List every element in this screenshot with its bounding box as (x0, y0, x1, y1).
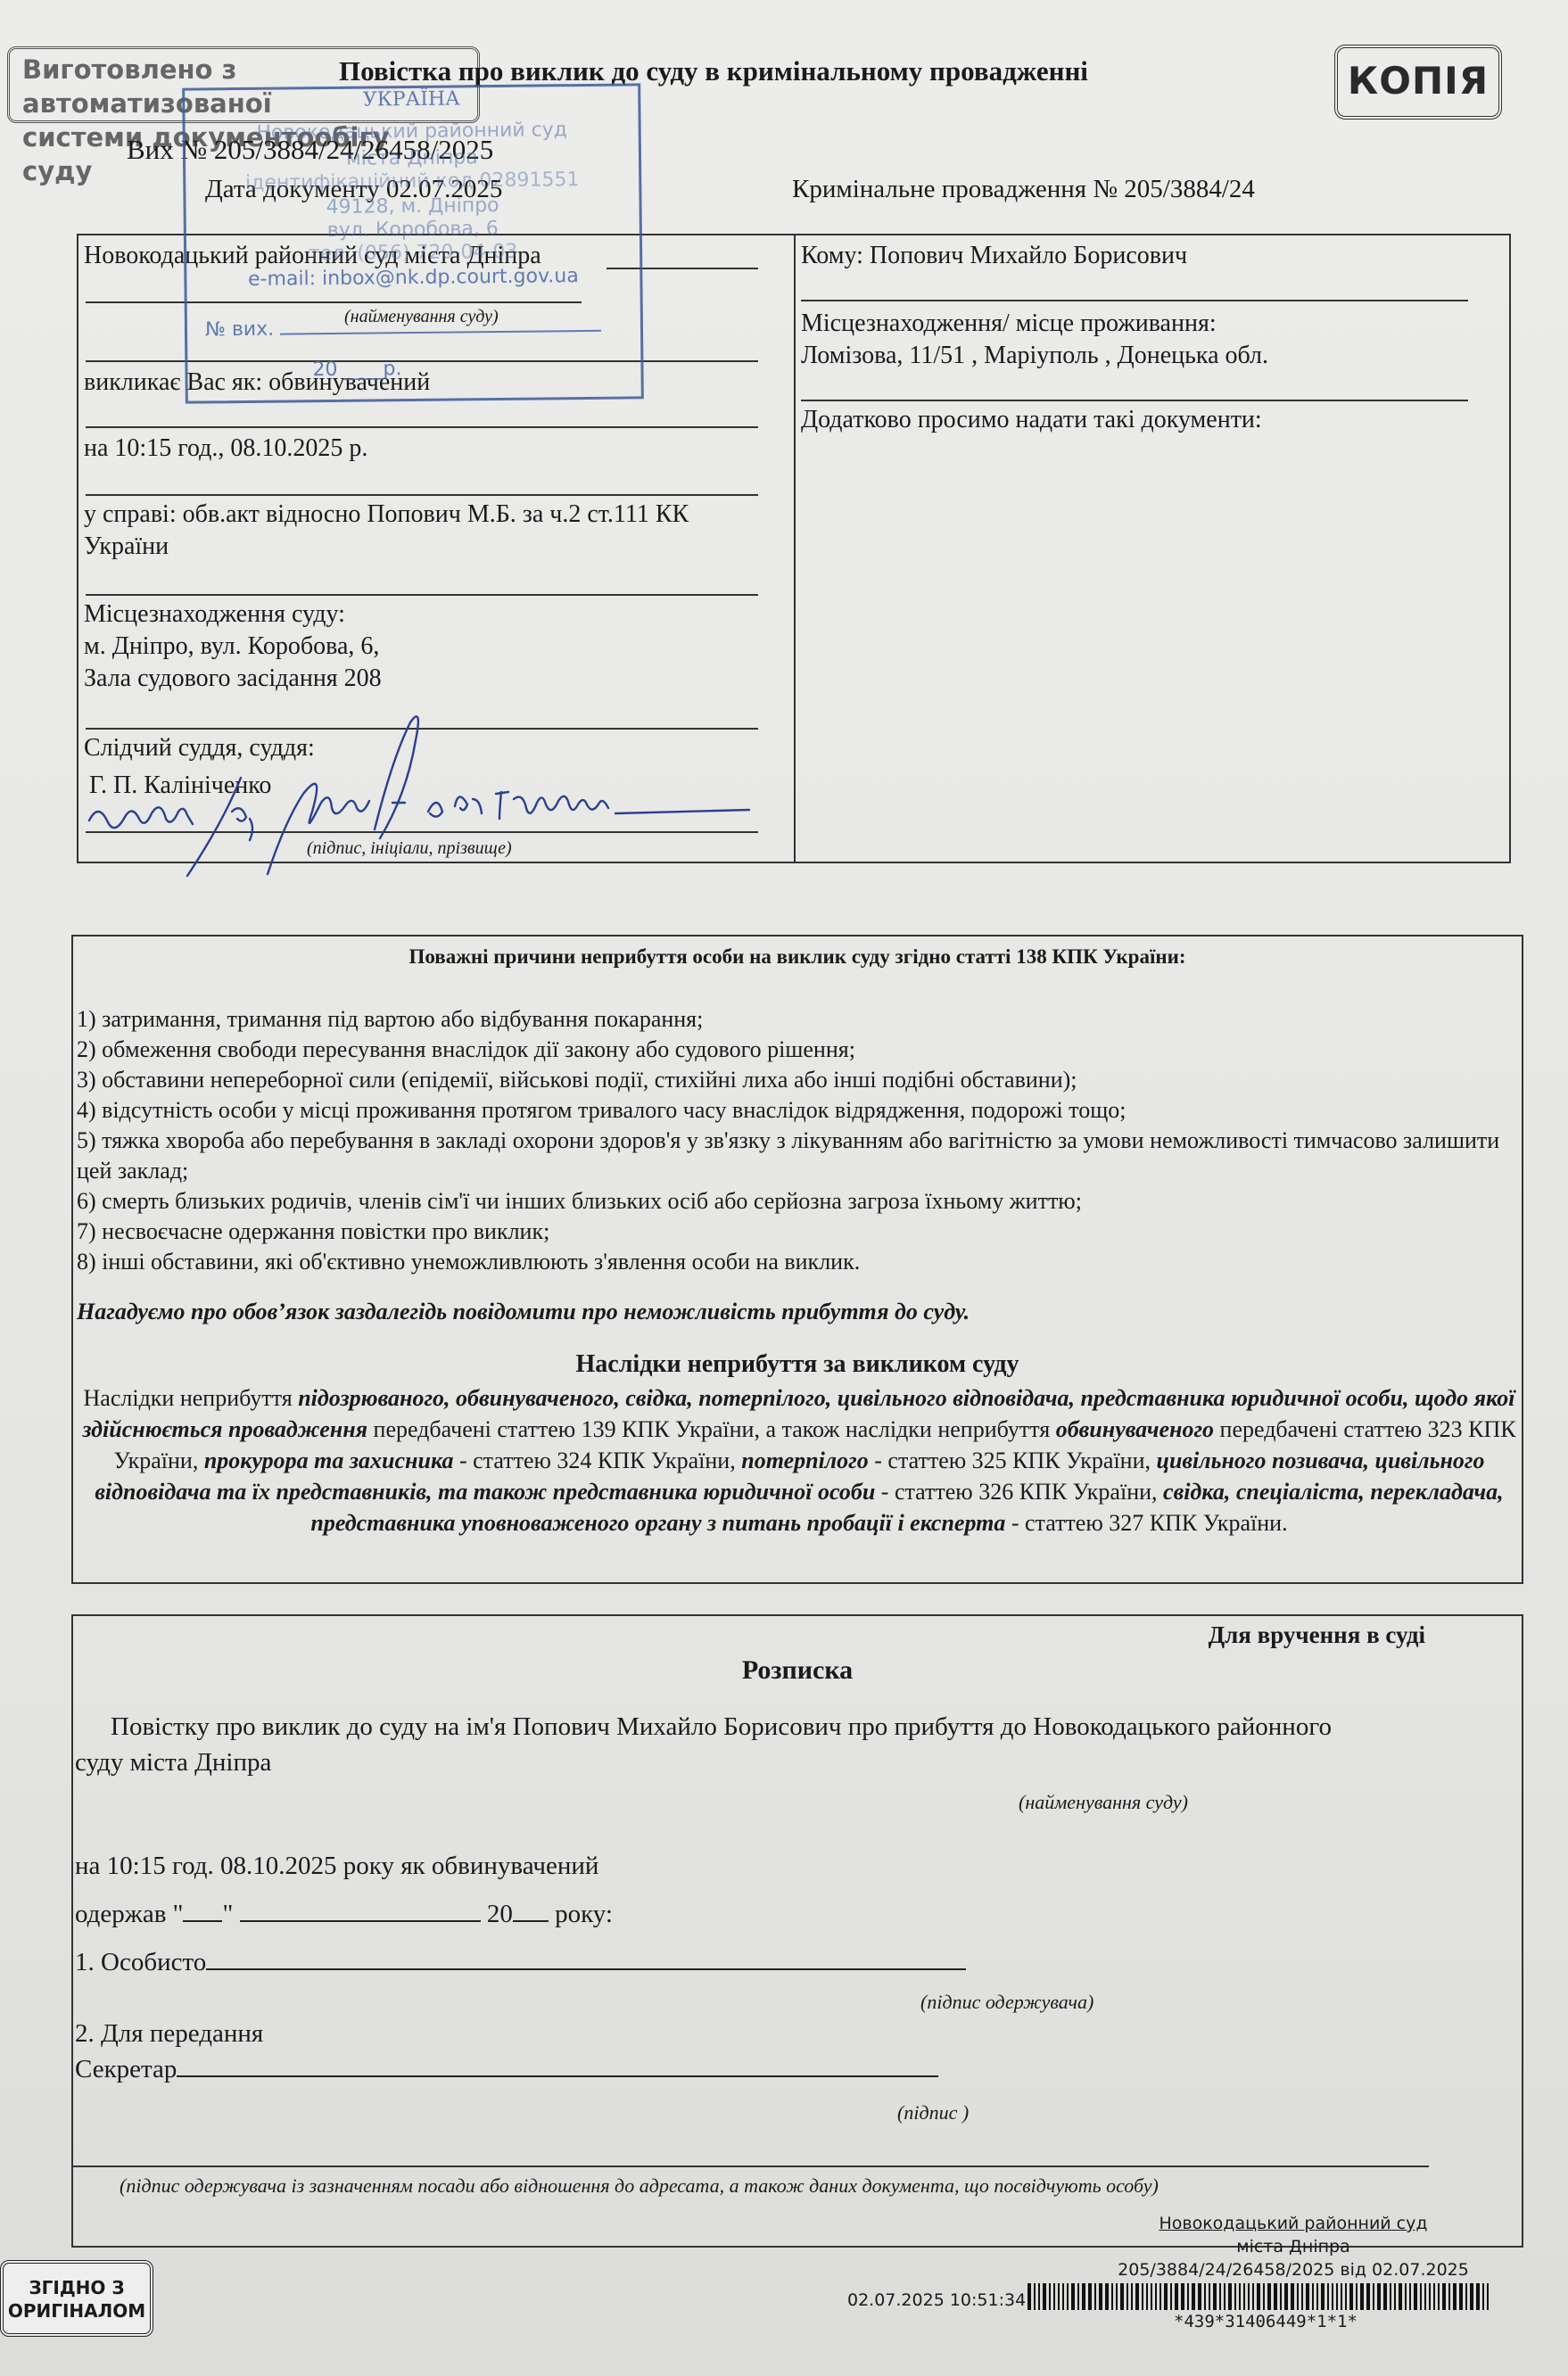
recipient-details-caption: (підпис одержувача із зазначенням посади… (120, 2174, 1159, 2198)
recipient-signature-caption: (підпис одержувача) (920, 1991, 1093, 2014)
received-year-field[interactable] (513, 1920, 549, 1922)
stamp-city: міста Дніпра (186, 144, 639, 171)
stamp-email: e-mail: inbox@nk.dp.court.gov.ua (186, 264, 640, 291)
secretary-signature-field[interactable] (177, 2075, 938, 2077)
footer-court-block: Новокодацький районний суд міста Дніпра … (1088, 2212, 1498, 2281)
consequences-text: Наслідки неприбуття підозрюваного, обвин… (82, 1382, 1516, 1539)
court-name-caption: (найменування суду) (1019, 1791, 1188, 1814)
handwritten-signature (80, 714, 812, 901)
stamp-phone: тел. (056) 720-04-03 (186, 239, 640, 266)
notification-reminder: Нагадуємо про обов’язок заздалегідь пові… (77, 1299, 970, 1325)
received-date-line: одержав "" 20 року: (75, 1900, 613, 1929)
case-number: Кримінальне провадження № 205/3884/24 (792, 175, 1255, 204)
stamp-country: УКРАЇНА (185, 86, 638, 112)
recipient-signature-field[interactable] (206, 1968, 966, 1970)
barcode-row: 02.07.2025 10:51:34 (847, 2283, 1491, 2310)
stamp-code: ідентифікаційний код 02891551 (186, 168, 639, 194)
received-month-field[interactable] (240, 1920, 481, 1922)
received-day-field[interactable] (183, 1920, 222, 1922)
reason-item: 2) обмеження свободи пересування внаслід… (77, 1035, 1504, 1065)
reason-item: 3) обставини непереборної сили (епідемії… (77, 1065, 1504, 1095)
stamp-year-line: 20 ____р. (312, 358, 401, 381)
court-location-label: Місцезнаходження суду: (84, 598, 345, 631)
receipt-title: Розписка (73, 1655, 1522, 1686)
reason-item: 5) тяжка хвороба або перебування в закла… (77, 1126, 1504, 1186)
footer-court-line2: міста Дніпра (1088, 2235, 1498, 2258)
court-registration-stamp: УКРАЇНА Новокодацький районний суд міста… (182, 83, 644, 403)
court-address: м. Дніпро, вул. Коробова, 6, (84, 630, 379, 664)
receipt-line2: суду міста Дніпра (75, 1748, 271, 1778)
copy-stamp: КОПІЯ (1334, 45, 1502, 120)
reasons-heading: Поважні причини неприбуття особи на викл… (73, 945, 1522, 969)
true-copy-stamp: ЗГІДНО З ОРИГІНАЛОМ (0, 2260, 153, 2337)
recipient-details-line[interactable] (73, 2166, 1429, 2167)
absence-reasons-box: Поважні причини неприбуття особи на викл… (71, 935, 1523, 1584)
recipient-name: Кому: Попович Михайло Борисович (801, 239, 1187, 273)
reason-item: 8) інші обставини, які об'єктивно унемож… (77, 1247, 1504, 1277)
receipt-appearance: на 10:15 год. 08.10.2025 року як обвинув… (75, 1852, 598, 1881)
reason-item: 1) затримання, тримання під вартою або в… (77, 1004, 1504, 1035)
extra-documents-label: Додатково просимо надати такі документи: (801, 403, 1262, 437)
receipt-box: Для вручення в суді Розписка Повістку пр… (71, 1614, 1523, 2248)
footer-court-line1: Новокодацький районний суд (1088, 2212, 1498, 2235)
stamp-street: вул. Коробова, 6 (186, 216, 640, 243)
appearance-datetime: на 10:15 год., 08.10.2025 р. (84, 432, 367, 466)
for-court-delivery-label: Для вручення в суді (1209, 1621, 1425, 1649)
footer-timestamp: 02.07.2025 10:51:34 (847, 2290, 1026, 2310)
case-description-line2: України (84, 530, 169, 564)
consequences-heading: Наслідки неприбуття за викликом суду (73, 1350, 1522, 1379)
for-transfer-label: 2. Для передання (75, 2019, 263, 2049)
secretary-signature-caption: (підпис ) (897, 2101, 969, 2124)
case-description-line1: у справі: обв.акт відносно Попович М.Б. … (84, 498, 689, 532)
footer-doc-ref: 205/3884/24/26458/2025 від 02.07.2025 (1088, 2258, 1498, 2281)
stamp-out-number-label: № вих. (205, 315, 601, 342)
reason-item: 6) смерть близьких родичів, членів сім'ї… (77, 1186, 1504, 1217)
residence-label: Місцезнаходження/ місце проживання: (801, 307, 1217, 341)
stamp-postal: 49128, м. Дніпро (186, 193, 639, 219)
reasons-list: 1) затримання, тримання під вартою або в… (77, 1004, 1504, 1277)
receipt-line1: Повістку про виклик до суду на ім'я Попо… (111, 1712, 1332, 1742)
stamp-court: Новокодацький районний суд (186, 118, 639, 144)
true-copy-line1: ЗГІДНО З (4, 2276, 150, 2299)
reason-item: 7) несвоєчасне одержання повістки про ви… (77, 1217, 1504, 1247)
document-title: Повістка про виклик до суду в кримінальн… (339, 55, 1088, 87)
court-room: Зала судового засідання 208 (84, 662, 382, 696)
secretary-line: Секретар (75, 2055, 938, 2084)
reason-item: 4) відсутність особи у місці проживання … (77, 1095, 1504, 1126)
barcode-text: *439*31406449*1*1* (1174, 2312, 1358, 2331)
residence-address: Ломізова, 11/51 , Маріуполь , Донецька о… (801, 339, 1268, 373)
barcode (1027, 2283, 1491, 2310)
true-copy-line2: ОРИГІНАЛОМ (4, 2299, 150, 2322)
personally-line: 1. Особисто (75, 1948, 966, 1977)
